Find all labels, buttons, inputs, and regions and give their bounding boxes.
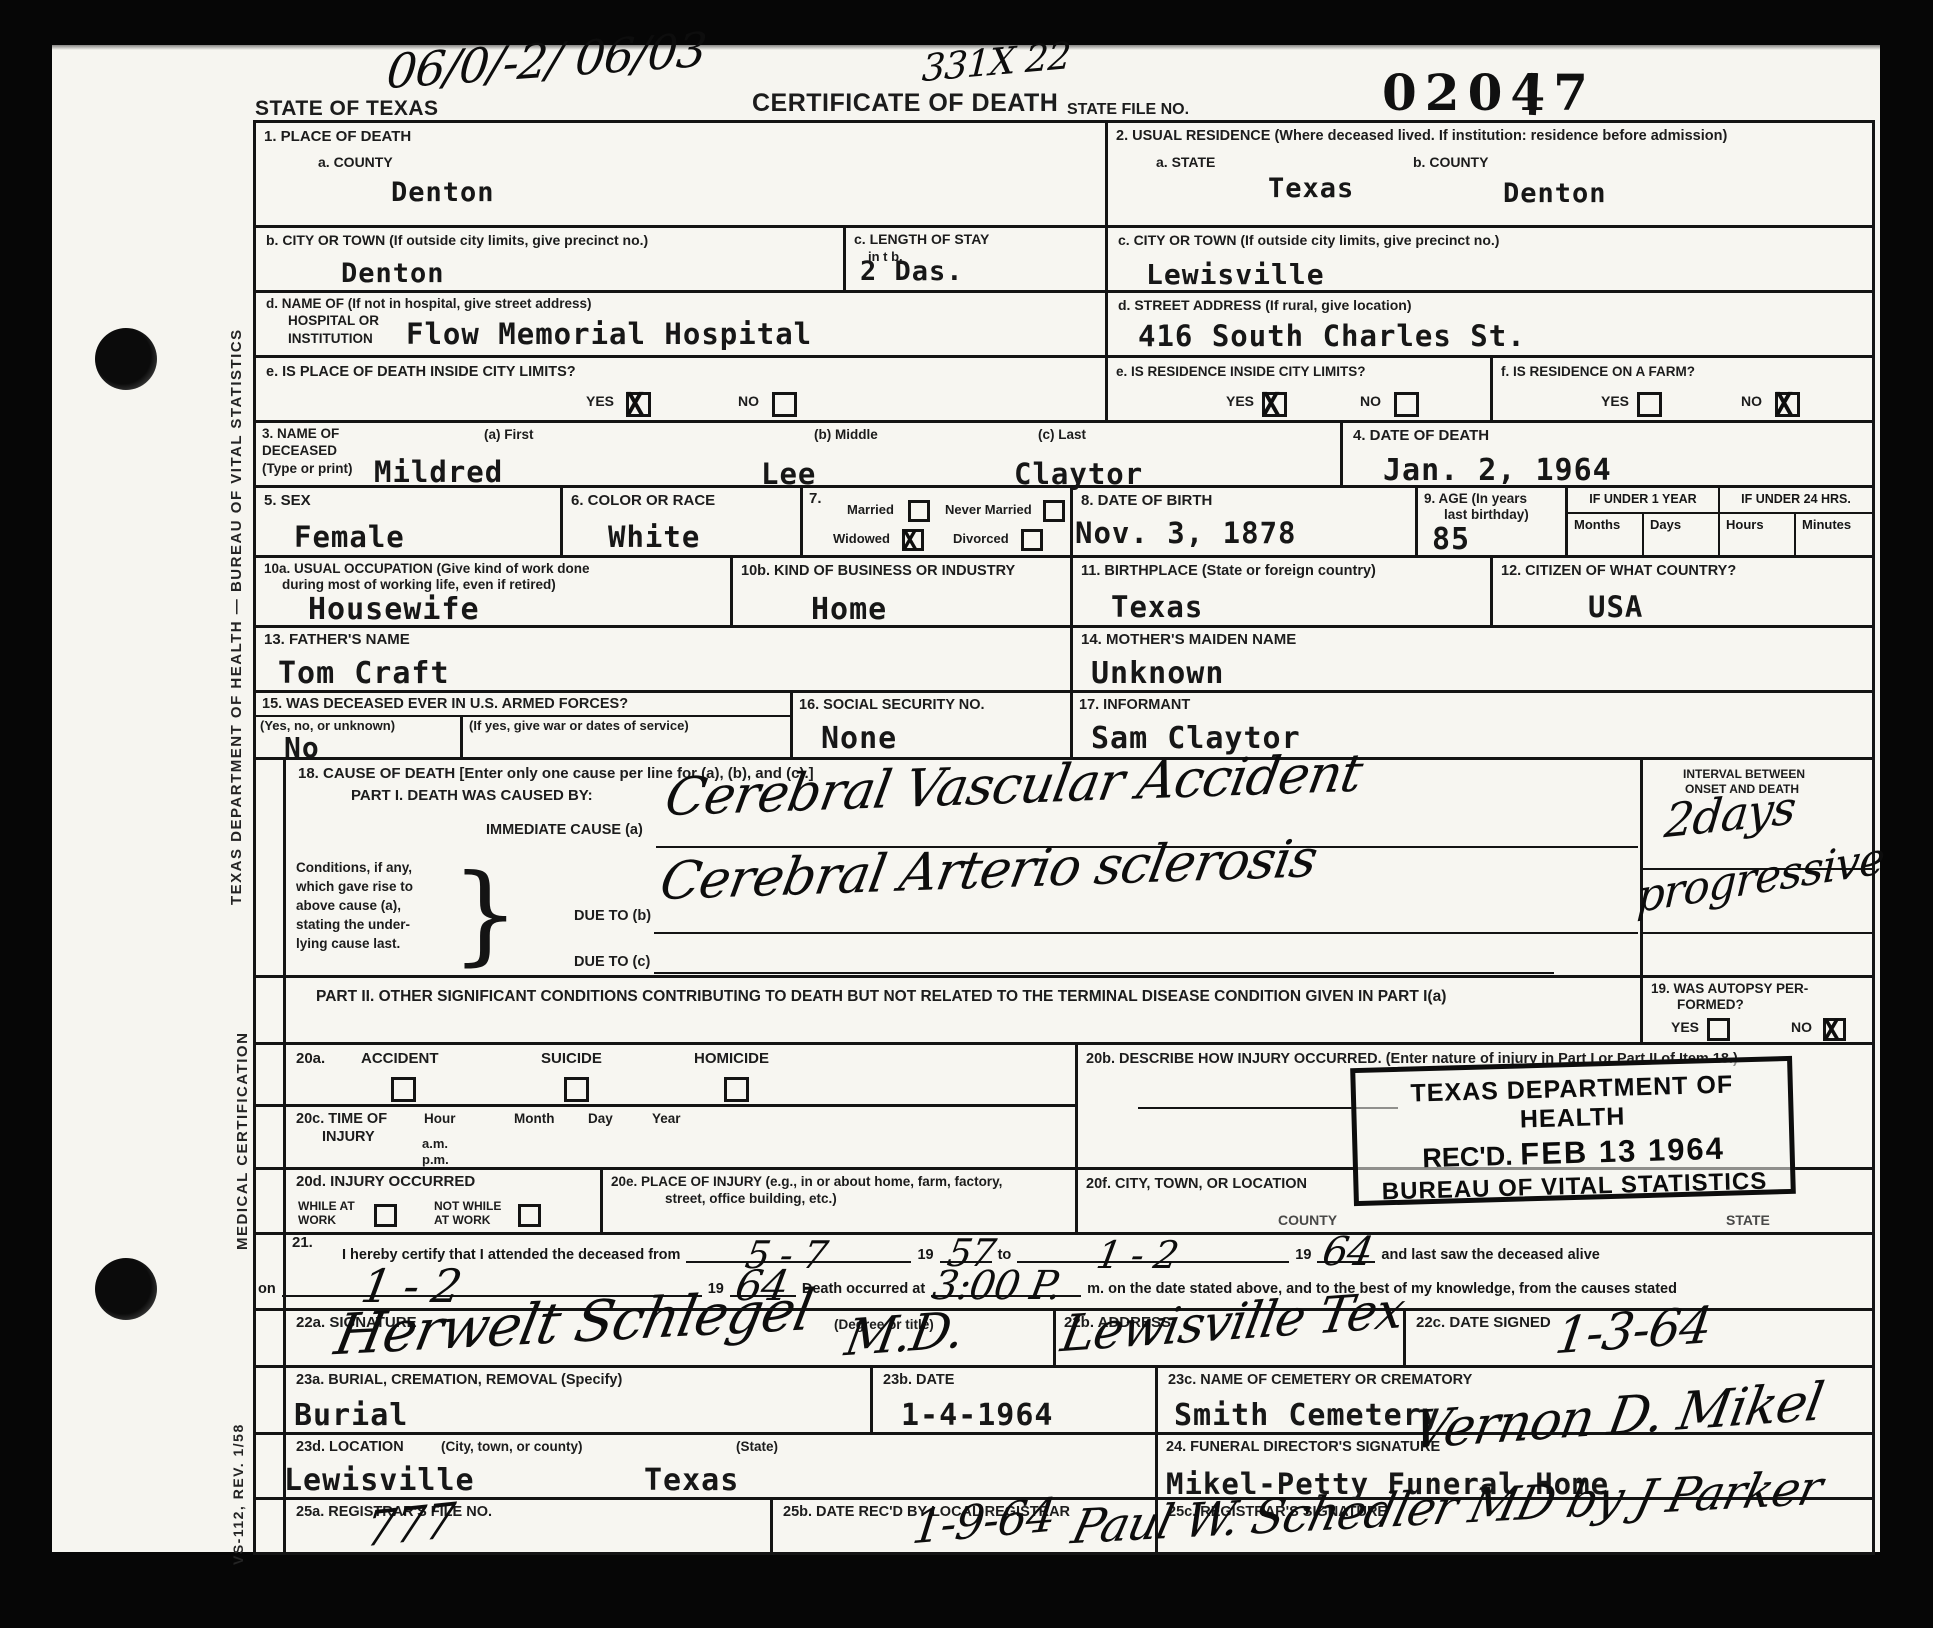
county-fragment: COUNTY [1278,1212,1337,1228]
yes-label: YES [1226,394,1254,410]
x-mark: X [626,387,644,422]
never-married-label: Never Married [945,503,1032,518]
field-date-signed: 22c. DATE SIGNED 1-3-64 [1406,1311,1872,1365]
divorced-checkbox [1021,529,1043,551]
location-city-label: (City, town, or county) [441,1439,583,1454]
conditions-note-2: which gave rise to [296,879,413,894]
conditions-note-5: lying cause last. [296,936,400,951]
stamp-line-1: TEXAS DEPARTMENT OF HEALTH [1356,1069,1789,1139]
field-registrar-file-no: 25a. REGISTRAR'S FILE NO. 777 [256,1500,773,1552]
injury-city-label: 20f. CITY, TOWN, OR LOCATION [1086,1176,1307,1192]
armed-forces-label: 15. WAS DECEASED EVER IN U.S. ARMED FORC… [262,696,628,712]
autopsy-label-2: FORMED? [1677,997,1744,1012]
stamp-date: FEB 13 1964 [1520,1131,1726,1172]
due-to-b-label: DUE TO (b) [574,908,651,924]
field-industry: 10b. KIND OF BUSINESS OR INDUSTRY Home [733,558,1073,625]
scanned-document: TEXAS DEPARTMENT OF HEALTH — BUREAU OF V… [0,0,1933,1628]
cemetery-value: Smith Cemetery [1174,1398,1441,1433]
armed-forces-header: 15. WAS DECEASED EVER IN U.S. ARMED FORC… [256,693,790,717]
mother-name-label: 14. MOTHER'S MAIDEN NAME [1081,632,1296,649]
first-name-label: (a) First [484,427,534,442]
punch-hole-bottom [95,1258,157,1320]
state-of-texas-label: STATE OF TEXAS [255,97,439,121]
residence-state-value: Texas [1268,173,1354,204]
widowed-label: Widowed [833,532,890,547]
field-time-of-injury: 20c. TIME OF INJURY Hour a.m. p.m. Month… [256,1107,1075,1167]
minutes-label: Minutes [1796,514,1872,555]
not-while-at-work-checkbox [518,1204,541,1227]
due-to-c-label: DUE TO (c) [574,954,650,970]
days-label: Days [1644,514,1720,555]
death-time-slot: 3:00 P. [931,1295,1081,1297]
date-of-birth-value: Nov. 3, 1878 [1075,516,1297,550]
married-checkbox [908,500,930,522]
race-value: White [608,520,700,554]
death-limits-yes-checkbox: X [626,392,651,417]
interval-label-1: INTERVAL BETWEEN [1683,768,1805,781]
last-name-value: Claytor [1014,457,1143,491]
while-at-label: WHILE AT [298,1200,355,1213]
handwritten-header-numbers: 06/0/-2/ 06/03 [384,22,708,100]
margin-department-text: TEXAS DEPARTMENT OF HEALTH — BUREAU OF V… [228,240,245,905]
under-24-hrs-header: IF UNDER 24 HRS. [1720,488,1872,512]
x-mark: X [1823,1013,1840,1046]
mother-name-value: Unknown [1091,656,1224,691]
stamp-recd: REC'D. [1422,1141,1513,1174]
no-label: NO [1791,1020,1812,1036]
field-physician-signature: 22a. SIGNATURE Herwelt Schlegel (Degree … [256,1311,1056,1365]
middle-name-value: Lee [761,457,816,491]
time-of-injury-label-1: 20c. TIME OF [296,1111,387,1127]
homicide-label: HOMICIDE [694,1051,769,1068]
age-value: 85 [1432,522,1470,557]
certify-text-3: Death occurred at [802,1281,925,1297]
homicide-checkbox [724,1077,749,1102]
field-burial: 23a. BURIAL, CREMATION, REMOVAL (Specify… [256,1368,873,1432]
death-city-limits-label: e. IS PLACE OF DEATH INSIDE CITY LIMITS? [266,364,576,380]
field-date-of-death: 4. DATE OF DEATH Jan. 2, 1964 [1343,423,1872,485]
date-signed-label: 22c. DATE SIGNED [1416,1315,1551,1332]
armed-forces-answer: (Yes, no, or unknown) No [256,717,463,757]
hospital-value: Flow Memorial Hospital [406,317,812,351]
immediate-cause-label: IMMEDIATE CAUSE (a) [486,822,643,838]
field-informant: 17. INFORMANT Sam Claytor [1073,693,1872,757]
field-interval: INTERVAL BETWEEN ONSET AND DEATH 2days p… [1643,760,1872,975]
field-birthplace: 11. BIRTHPLACE (State or foreign country… [1073,558,1493,625]
hour-label: Hour [424,1111,456,1126]
county-value: Denton [391,177,495,208]
residence-limits-no-checkbox [1394,392,1419,417]
hospital-label-2: HOSPITAL OR [288,313,379,328]
location-label: 23d. LOCATION [296,1439,404,1455]
margin-medical-certification-text: MEDICAL CERTIFICATION [234,950,251,1250]
months-label: Months [1568,514,1644,555]
place-of-death-title: 1. PLACE OF DEATH [264,129,411,146]
x-mark: X [1775,387,1793,422]
residence-limits-yes-checkbox: X [1262,392,1287,417]
row-4: e. IS PLACE OF DEATH INSIDE CITY LIMITS?… [256,358,1872,423]
residence-city-label: c. CITY OR TOWN (If outside city limits,… [1118,233,1499,249]
part2-label: PART II. OTHER SIGNIFICANT CONDITIONS CO… [316,988,1446,1005]
first-name-value: Mildred [374,455,503,489]
date-of-death-value: Jan. 2, 1964 [1383,453,1612,488]
field-cause-of-death: 18. CAUSE OF DEATH [Enter only one cause… [256,760,1643,975]
burial-value: Burial [294,1398,408,1433]
field-injury-occurred: 20d. INJURY OCCURRED WHILE AT WORK NOT W… [256,1170,603,1232]
birthplace-label: 11. BIRTHPLACE (State or foreign country… [1081,563,1376,579]
race-label: 6. COLOR OR RACE [571,493,715,510]
field-street-address: d. STREET ADDRESS (If rural, give locati… [1108,293,1872,355]
autopsy-no-checkbox: X [1823,1018,1846,1041]
year2-slot: 64 [1317,1261,1375,1263]
state-fragment: STATE [1726,1212,1770,1228]
row-7: 10a. USUAL OCCUPATION (Give kind of work… [256,558,1872,628]
death-city-value: Denton [341,258,445,289]
length-of-stay-value: 2 Das. [860,256,964,287]
state-file-no-label: STATE FILE NO. [1067,101,1189,119]
no-label: NO [1360,394,1381,410]
field-place-of-death: 1. PLACE OF DEATH a. COUNTY Denton [256,123,1108,225]
farm-yes-checkbox [1637,392,1662,417]
row-6: 5. SEX Female 6. COLOR OR RACE White 7. … [256,488,1872,558]
burial-label: 23a. BURIAL, CREMATION, REMOVAL (Specify… [296,1372,622,1388]
burial-date-label: 23b. DATE [883,1372,954,1388]
under-1-year-header: IF UNDER 1 YEAR [1568,488,1720,512]
row-8: 13. FATHER'S NAME Tom Craft 14. MOTHER'S… [256,628,1872,693]
field-burial-date: 23b. DATE 1-4-1964 [873,1368,1158,1432]
part1-label: PART I. DEATH WAS CAUSED BY: [351,788,593,805]
certify-to-word: to [998,1247,1012,1263]
occupation-value: Housewife [308,592,480,627]
street-address-label: d. STREET ADDRESS (If rural, give locati… [1118,298,1412,314]
field-length-of-stay: c. LENGTH OF STAY in t b. 2 Das. [846,228,1108,290]
field-part2: PART II. OTHER SIGNIFICANT CONDITIONS CO… [256,978,1643,1042]
occupation-label-2: during most of working life, even if ret… [282,577,556,592]
x-mark: X [902,526,918,556]
field-residence-city-limits: e. IS RESIDENCE INSIDE CITY LIMITS? YES … [1108,358,1493,420]
autopsy-yes-checkbox [1707,1018,1730,1041]
handwritten-header-code: 331X 22 [921,34,1072,90]
received-stamp: TEXAS DEPARTMENT OF HEALTH REC'D. FEB 13… [1350,1056,1796,1206]
hospital-label-1: d. NAME OF (If not in hospital, give str… [266,296,592,311]
residence-city-limits-label: e. IS RESIDENCE INSIDE CITY LIMITS? [1116,364,1366,379]
field-place-of-injury: 20e. PLACE OF INJURY (e.g., in or about … [603,1170,1078,1232]
field-hospital: d. NAME OF (If not in hospital, give str… [256,293,1108,355]
deceased-label-2: DECEASED [262,443,337,458]
father-name-label: 13. FATHER'S NAME [264,632,410,649]
divorced-label: Divorced [953,532,1009,547]
field-citizen: 12. CITIZEN OF WHAT COUNTRY? USA [1493,558,1872,625]
armed-forces-if-yes: (If yes, give war or dates of service) [463,717,790,757]
interval-line-2 [1643,932,1872,934]
certify-text-2: and last saw the deceased alive [1381,1247,1599,1263]
field-death-city: b. CITY OR TOWN (If outside city limits,… [256,228,846,290]
deceased-label-3: (Type or print) [262,461,353,476]
interval-a-value: 2days [1662,780,1798,849]
field-registrar-signature: 25c. REGISTRAR'S SIGNATURE Paul W. Sched… [1158,1500,1872,1552]
place-of-injury-label-2: street, office building, etc.) [665,1191,837,1206]
middle-name-label: (b) Middle [814,427,878,442]
attended-from-slot: 5 - 7 [686,1261,911,1263]
place-of-injury-label-1: 20e. PLACE OF INJURY (e.g., in or about … [611,1174,1002,1189]
row-9: 15. WAS DECEASED EVER IN U.S. ARMED FORC… [256,693,1872,760]
day-label: Day [588,1111,613,1126]
field-residence-farm: f. IS RESIDENCE ON A FARM? YES NO X [1493,358,1872,420]
yes-label: YES [586,394,614,410]
age-label-2: last birthday) [1444,507,1529,522]
date-signed-value: 1-3-64 [1552,1296,1715,1366]
death-city-label: b. CITY OR TOWN (If outside city limits,… [266,233,648,249]
margin-form-code: VS-112, REV. 1/58 [230,1355,246,1565]
field-20a-20c: 20a. ACCIDENT SUICIDE HOMICIDE 20c. TIME… [256,1045,1078,1167]
street-address-value: 416 South Charles St. [1138,319,1526,353]
x-mark: X [1262,387,1280,422]
at-work-label: AT WORK [434,1214,490,1227]
row-2: b. CITY OR TOWN (If outside city limits,… [256,228,1872,293]
ssn-value: None [821,721,897,756]
location-state-value: Texas [644,1463,739,1498]
degree-value: M.D. [841,1300,968,1367]
field-if-under: IF UNDER 1 YEAR IF UNDER 24 HRS. Months … [1568,488,1872,555]
cemetery-label: 23c. NAME OF CEMETERY OR CREMATORY [1168,1372,1472,1388]
location-state-label: (State) [736,1439,778,1454]
due-to-c-line [654,972,1554,974]
industry-label: 10b. KIND OF BUSINESS OR INDUSTRY [741,563,1015,579]
date-of-birth-label: 8. DATE OF BIRTH [1081,493,1212,510]
suicide-checkbox [564,1077,589,1102]
hospital-label-3: INSTITUTION [288,331,373,346]
citizen-label: 12. CITIZEN OF WHAT COUNTRY? [1501,563,1736,579]
death-limits-no-checkbox [772,392,797,417]
accident-label: ACCIDENT [361,1051,439,1068]
row-16-signature: 22a. SIGNATURE Herwelt Schlegel (Degree … [256,1311,1872,1368]
citizen-value: USA [1588,590,1643,624]
due-to-b-value: Cerebral Arterio sclerosis [656,829,1322,912]
accident-checkbox [391,1077,416,1102]
field-usual-residence: 2. USUAL RESIDENCE (Where deceased lived… [1108,123,1872,225]
father-name-value: Tom Craft [278,656,450,691]
residence-county-label: b. COUNTY [1413,155,1488,171]
length-of-stay-label: c. LENGTH OF STAY [854,232,989,248]
field-physician-address: 22b. ADDRESS Lewisville Tex [1056,1311,1406,1365]
armed-forces-sublabel-2: (If yes, give war or dates of service) [469,719,689,734]
no-label: NO [738,394,759,410]
registrar-file-value: 777 [363,1492,457,1558]
conditions-note-3: above cause (a), [296,898,401,913]
residence-state-label: a. STATE [1156,155,1215,171]
residence-county-value: Denton [1503,178,1607,209]
conditions-note-4: stating the under- [296,917,410,932]
conditions-note-1: Conditions, if any, [296,860,412,875]
year-label: Year [652,1111,681,1126]
age-label-1: 9. AGE (In years [1424,491,1527,506]
time-of-injury-label-2: INJURY [322,1129,375,1145]
row-1: 1. PLACE OF DEATH a. COUNTY Denton 2. US… [256,123,1872,228]
industry-value: Home [811,592,887,627]
usual-residence-title: 2. USUAL RESIDENCE (Where deceased lived… [1116,128,1727,144]
hours-label: Hours [1720,514,1796,555]
while-at-work-checkbox [374,1204,397,1227]
residence-city-value: Lewisville [1146,258,1325,291]
yes-label: YES [1601,394,1629,410]
field-age: 9. AGE (In years last birthday) 85 [1418,488,1568,555]
residence-farm-label: f. IS RESIDENCE ON A FARM? [1501,364,1695,379]
field-date-of-birth: 8. DATE OF BIRTH Nov. 3, 1878 [1073,488,1418,555]
pm-label: p.m. [422,1153,449,1168]
field-burial-location: 23d. LOCATION (City, town, or county) (S… [256,1435,1158,1497]
row-19: 25a. REGISTRAR'S FILE NO. 777 25b. DATE … [256,1500,1872,1555]
due-to-b-line [654,932,1638,934]
county-label: a. COUNTY [318,155,393,171]
registrar-date-value: 1-9-64 [910,1487,1058,1554]
widowed-checkbox: X [902,529,924,551]
field-death-city-limits: e. IS PLACE OF DEATH INSIDE CITY LIMITS?… [256,358,1108,420]
death-certificate-form: 1. PLACE OF DEATH a. COUNTY Denton 2. US… [253,120,1875,1555]
certify-on-word: on [258,1281,276,1297]
field-father-name: 13. FATHER'S NAME Tom Craft [256,628,1073,690]
field-sex: 5. SEX Female [256,488,563,555]
field-ssn: 16. SOCIAL SECURITY NO. None [793,693,1073,757]
am-label: a.m. [422,1137,448,1152]
field-marital-status: 7. Married Never Married Widowed X Divor… [803,488,1073,555]
armed-forces-sublabel-1: (Yes, no, or unknown) [260,719,395,734]
year2-value: 64 [1319,1229,1376,1275]
sex-label: 5. SEX [264,493,311,510]
row-11: PART II. OTHER SIGNIFICANT CONDITIONS CO… [256,978,1872,1045]
marital-number: 7. [809,491,822,508]
not-while-label: NOT WHILE [434,1200,501,1213]
field-armed-forces: 15. WAS DECEASED EVER IN U.S. ARMED FORC… [256,693,793,757]
certificate-page: TEXAS DEPARTMENT OF HEALTH — BUREAU OF V… [52,45,1880,1552]
certify-19a: 19 [917,1247,933,1263]
injury-occurred-label: 20d. INJURY OCCURRED [296,1174,475,1191]
yes-label: YES [1671,1020,1699,1036]
ssn-label: 16. SOCIAL SECURITY NO. [799,697,985,713]
field-race: 6. COLOR OR RACE White [563,488,803,555]
last-name-label: (c) Last [1038,427,1086,442]
certificate-title: CERTIFICATE OF DEATH [752,89,1058,117]
sex-value: Female [294,520,405,554]
certificate-number: 02047 [1382,63,1596,122]
informant-label: 17. INFORMANT [1079,697,1190,713]
punch-hole-top [95,328,157,390]
field-occupation: 10a. USUAL OCCUPATION (Give kind of work… [256,558,733,625]
autopsy-label-1: 19. WAS AUTOPSY PER- [1651,981,1808,996]
row-10-cause-of-death: 18. CAUSE OF DEATH [Enter only one cause… [256,760,1872,978]
funeral-director-label: 24. FUNERAL DIRECTOR'S SIGNATURE [1166,1439,1440,1455]
date-of-death-label: 4. DATE OF DEATH [1353,428,1489,445]
occupation-label-1: 10a. USUAL OCCUPATION (Give kind of work… [264,561,590,576]
month-label: Month [514,1111,554,1126]
attended-to-value: 1 - 2 [1093,1233,1181,1277]
field-accident-suicide-homicide: 20a. ACCIDENT SUICIDE HOMICIDE [256,1045,1075,1107]
suicide-label: SUICIDE [541,1051,602,1068]
field-mother-name: 14. MOTHER'S MAIDEN NAME Unknown [1073,628,1872,690]
field-autopsy: 19. WAS AUTOPSY PER- FORMED? YES NO X [1643,978,1872,1042]
work-label: WORK [298,1214,336,1227]
field-residence-city: c. CITY OR TOWN (If outside city limits,… [1108,228,1872,290]
certify-19b: 19 [1295,1247,1311,1263]
row-3: d. NAME OF (If not in hospital, give str… [256,293,1872,358]
conditions-brace: } [451,852,520,977]
birthplace-value: Texas [1111,590,1203,624]
medical-section-rail [283,760,286,1555]
farm-no-checkbox: X [1775,392,1800,417]
deceased-label-1: 3. NAME OF [262,426,339,441]
field-20a-number: 20a. [296,1051,325,1068]
burial-date-value: 1-4-1964 [901,1398,1054,1433]
no-label: NO [1741,394,1762,410]
field-name-of-deceased: 3. NAME OF DECEASED (Type or print) (a) … [256,423,1343,485]
never-married-checkbox [1043,500,1065,522]
certify-number: 21. [292,1235,313,1252]
row-5: 3. NAME OF DECEASED (Type or print) (a) … [256,423,1872,488]
married-label: Married [847,503,894,518]
